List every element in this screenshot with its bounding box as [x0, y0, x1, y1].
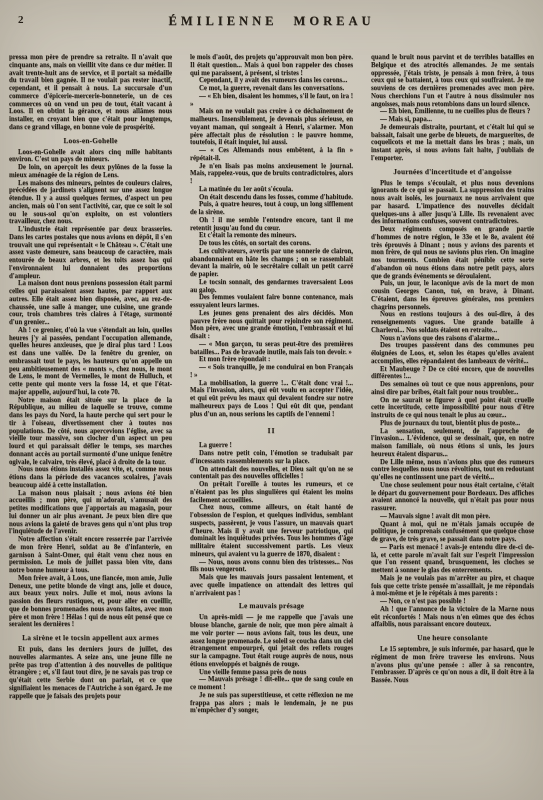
paragraph: Le 15 septembre, je suis informée, par h… — [371, 646, 534, 685]
paragraph: Des semaines où tout ce que nous appreni… — [371, 381, 534, 397]
paragraph: Des troupes passèrent dans des communes … — [371, 342, 534, 365]
paragraph: Nous en restions toujours à des ouï-dire… — [371, 311, 534, 334]
paragraph: Nous nous étions installés assez vite, e… — [9, 466, 172, 489]
paragraph: Cependant, il y avait des rumeurs dans l… — [190, 77, 353, 85]
paragraph: Les cultivateurs, avertis par une sonner… — [190, 248, 353, 279]
text-column-middle: le mois d'août, des projets qu'approuvai… — [190, 54, 353, 784]
paragraph: De tous les côtés, on sortait des corons… — [190, 240, 353, 248]
paragraph: La maison dont nous prenions possession … — [9, 280, 172, 327]
text-column-left: pressa mon père de prendre sa retraite. … — [9, 54, 172, 784]
paragraph: Une vieille femme passa près de nous — [190, 669, 353, 677]
section-heading: La sirène et le tocsin appellent aux arm… — [9, 634, 172, 642]
paragraph: Notre affection s'était encore resserrée… — [9, 536, 172, 575]
paragraph: Je ne suis pas superstitieuse, et cette … — [190, 692, 353, 715]
paragraph: La mobilisation, la guerre !... C'était … — [190, 380, 353, 419]
section-heading: Le mauvais présage — [190, 602, 353, 610]
paragraph: Et Maubeuge ? De ce côté encore, que de … — [371, 366, 534, 382]
paragraph: — Eh bien, Émilienne, tu ne cueilles plu… — [371, 108, 534, 116]
running-title: ÉMILIENNE MOREAU — [0, 14, 543, 29]
paragraph: Des femmes voulaient faire bonne contena… — [190, 294, 353, 310]
paragraph: Notre maison était située sur la place d… — [9, 397, 172, 467]
paragraph: Mon frère avait, à Loos, une fiancée, mo… — [9, 575, 172, 629]
paragraph: Puis, un jour, le laconique avis de la m… — [371, 280, 534, 311]
paragraph: Mais on ne voulait pas croire à ce décha… — [190, 108, 353, 147]
page-header: 2 ÉMILIENNE MOREAU — [0, 0, 543, 48]
paragraph: Je n'en lisais pas moins anxieusement le… — [190, 163, 353, 186]
paragraph: Dans notre petit coin, l'émotion se trad… — [190, 450, 353, 466]
paragraph: Ce mot, la guerre, revenait dans les con… — [190, 85, 353, 93]
paragraph: pressa mon père de prendre sa retraite. … — [9, 54, 172, 132]
paragraph: Mais je ne voulais pas m'arrêter au pire… — [371, 575, 534, 598]
paragraph: Puis, à quatre heures, tout à coup, un l… — [190, 201, 353, 217]
text-columns: pressa mon père de prendre sa retraite. … — [0, 48, 543, 784]
paragraph: Je demeurais distraite, pourtant, et c'é… — [371, 124, 534, 163]
paragraph: Deux régiments composés en grande partie… — [371, 226, 534, 280]
paragraph: Ah ! ce grenier, d'où la vue s'étendait … — [9, 327, 172, 397]
paragraph: — « Ces Allemands nous embêtent, à la fi… — [190, 147, 353, 163]
paragraph: Loos-en-Gohelle avait alors cinq mille h… — [9, 149, 172, 165]
paragraph: L'industrie était représentée par deux b… — [9, 226, 172, 280]
paragraph: — Paris est menacé ! avais-je entendu di… — [371, 544, 534, 575]
paragraph: — « Mon garçon, tu seras peut-être des p… — [190, 341, 353, 357]
paragraph: La sensation, seulement, de l'approche d… — [371, 428, 534, 459]
paragraph: Mais que les mauvais jours passaient len… — [190, 574, 353, 597]
paragraph: Plus de journaux du tout, bientôt plus d… — [371, 420, 534, 428]
paragraph: quand le bruit nous parvint et de terrib… — [371, 54, 534, 108]
text-column-right: quand le bruit nous parvint et de terrib… — [371, 54, 534, 784]
paragraph: Quant à moi, qui ne m'étais jamais occup… — [371, 521, 534, 544]
paragraph: Le tocsin sonnait, des gendarmes travers… — [190, 279, 353, 295]
paragraph: Et mon frère répondait : — [190, 356, 353, 364]
paragraph: On ne saurait se figurer à quel point ét… — [371, 397, 534, 420]
paragraph: — Non, ce n'est pas possible ! — [371, 598, 534, 606]
paragraph: — Mauvais présage ! dit-elle... que de s… — [190, 676, 353, 692]
page-number: 2 — [18, 14, 25, 26]
paragraph: Les jeunes gens prenaient des airs décid… — [190, 310, 353, 341]
paragraph: On était descendu dans les fosses, comme… — [190, 194, 353, 202]
paragraph: Ah ! que l'annonce de la victoire de la … — [371, 606, 534, 629]
paragraph: On attendait des nouvelles, et Dieu sait… — [190, 466, 353, 482]
paragraph: La guerre ! — [190, 442, 353, 450]
paragraph: Une chose seulement pour nous était cert… — [371, 482, 534, 513]
section-heading: II — [190, 427, 353, 435]
paragraph: — Mauvais signe ! avait dit mon père. — [371, 513, 534, 521]
section-heading: Journées d'incertitude et d'angoisse — [371, 168, 534, 176]
paragraph: Plus le temps s'écoulait, et plus nous d… — [371, 180, 534, 227]
paragraph: Et puis, dans les derniers jours de juil… — [9, 646, 172, 700]
paragraph: La maison nous plaisait ; nous avions ét… — [9, 490, 172, 537]
book-page-scan: 2 ÉMILIENNE MOREAU pressa mon père de pr… — [0, 0, 543, 800]
paragraph: Les maisons des mineurs, peintes de coul… — [9, 180, 172, 227]
paragraph: La matinée du 1er août s'écoula. — [190, 186, 353, 194]
paragraph: Chez nous, comme ailleurs, on était hant… — [190, 504, 353, 558]
paragraph: On prêtait l'oreille à toutes les rumeur… — [190, 481, 353, 504]
paragraph: le mois d'août, des projets qu'approuvai… — [190, 54, 353, 77]
paragraph: — « Sois tranquille, je me conduirai en … — [190, 364, 353, 380]
paragraph: Oh ! il me semble l'entendre encore, tan… — [190, 217, 353, 233]
paragraph: — Mais si, papa... — [371, 116, 534, 124]
paragraph: De Lille même, nous n'avions plus que de… — [371, 459, 534, 482]
section-heading: Loos-en-Gohelle — [9, 137, 172, 145]
paragraph: Et c'était la remonte des mineurs. — [190, 232, 353, 240]
paragraph: Nous n'avions que des raisons d'alarme..… — [371, 335, 534, 343]
paragraph: — « Eh bien, disaient les hommes, s'il l… — [190, 93, 353, 109]
paragraph: — Nous, nous avons connu bien des triste… — [190, 559, 353, 575]
paragraph: De loin, on aperçoit les deux pylônes de… — [9, 164, 172, 180]
paragraph: Un après-midi — je me rappelle que j'ava… — [190, 614, 353, 668]
section-heading: Une heure consolante — [371, 634, 534, 642]
